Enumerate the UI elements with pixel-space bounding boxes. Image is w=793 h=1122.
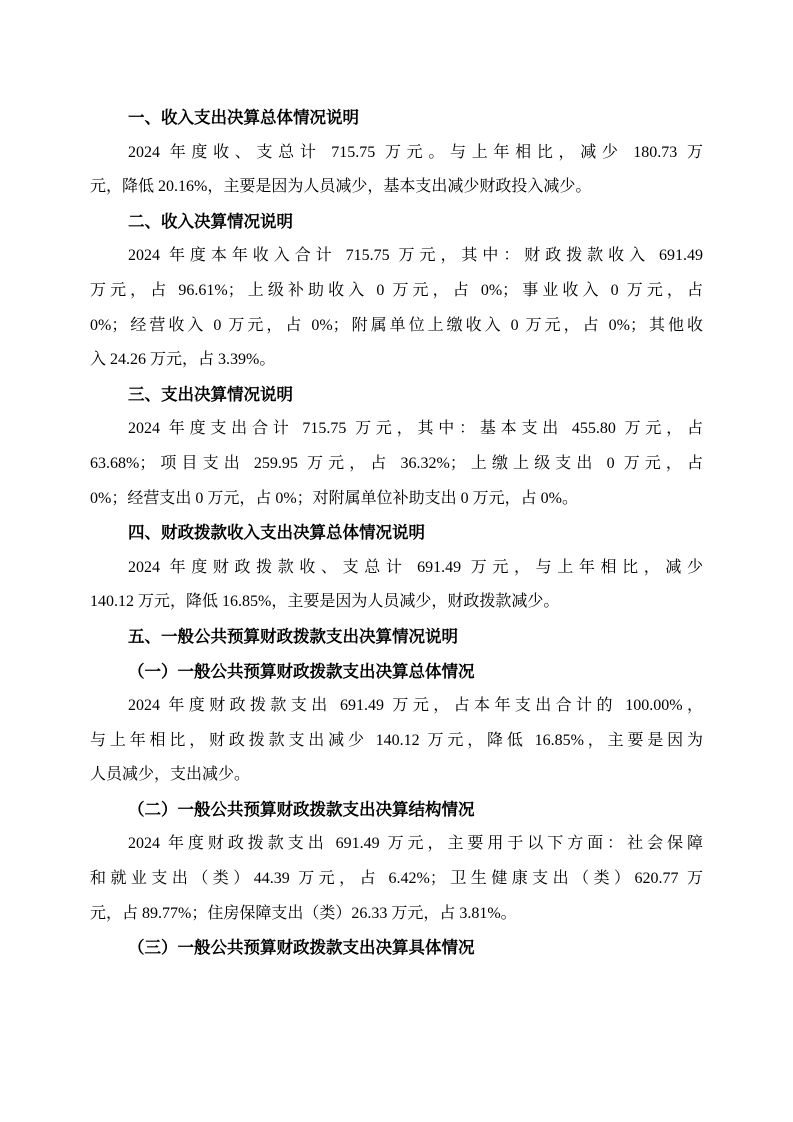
paragraph-line: 140.12 万元，降低 16.85%，主要是因为人员减少，财政拨款减少。 (90, 585, 703, 620)
paragraph-line: 2024 年度财政拨款支出 691.49 万元，主要用于以下方面：社会保障 (90, 827, 703, 862)
section-heading: 二、收入决算情况说明 (90, 205, 703, 240)
paragraph-line: 2024 年度财政拨款支出 691.49 万元，占本年支出合计的 100.00%… (90, 689, 703, 724)
paragraph-line: 元，占 89.77%；住房保障支出（类）26.33 万元，占 3.81%。 (90, 897, 703, 932)
section-heading: （三）一般公共预算财政拨款支出决算具体情况 (90, 931, 703, 966)
paragraph-line: 人员减少，支出减少。 (90, 758, 703, 793)
paragraph-line: 2024 年度收、支总计 715.75 万元。与上年相比，减少 180.73 万 (90, 136, 703, 171)
paragraph-line: 万元，占 96.61%；上级补助收入 0 万元，占 0%；事业收入 0 万元，占 (90, 274, 703, 309)
section-heading: 五、一般公共预算财政拨款支出决算情况说明 (90, 620, 703, 655)
paragraph-line: 0%；经营收入 0 万元，占 0%；附属单位上缴收入 0 万元，占 0%；其他收 (90, 309, 703, 344)
document-page: 一、收入支出决算总体情况说明2024 年度收、支总计 715.75 万元。与上年… (0, 0, 793, 1122)
section-heading: （一）一般公共预算财政拨款支出决算总体情况 (90, 655, 703, 690)
paragraph-line: 0%；经营支出 0 万元，占 0%；对附属单位补助支出 0 万元，占 0%。 (90, 482, 703, 517)
paragraph-line: 2024 年度支出合计 715.75 万元，其中：基本支出 455.80 万元，… (90, 412, 703, 447)
paragraph-line: 2024 年度财政拨款收、支总计 691.49 万元，与上年相比，减少 (90, 551, 703, 586)
paragraph-line: 与上年相比，财政拨款支出减少 140.12 万元，降低 16.85%，主要是因为 (90, 724, 703, 759)
paragraph-line: 入 24.26 万元，占 3.39%。 (90, 343, 703, 378)
section-heading: （二）一般公共预算财政拨款支出决算结构情况 (90, 793, 703, 828)
paragraph-line: 63.68%；项目支出 259.95 万元，占 36.32%；上缴上级支出 0 … (90, 447, 703, 482)
section-heading: 四、财政拨款收入支出决算总体情况说明 (90, 516, 703, 551)
paragraph-line: 和就业支出（类）44.39 万元，占 6.42%；卫生健康支出（类）620.77… (90, 862, 703, 897)
paragraph-line: 元，降低 20.16%，主要是因为人员减少，基本支出减少财政投入减少。 (90, 170, 703, 205)
section-heading: 一、收入支出决算总体情况说明 (90, 101, 703, 136)
document-body: 一、收入支出决算总体情况说明2024 年度收、支总计 715.75 万元。与上年… (90, 101, 703, 966)
section-heading: 三、支出决算情况说明 (90, 378, 703, 413)
paragraph-line: 2024 年度本年收入合计 715.75 万元，其中：财政拨款收入 691.49 (90, 239, 703, 274)
